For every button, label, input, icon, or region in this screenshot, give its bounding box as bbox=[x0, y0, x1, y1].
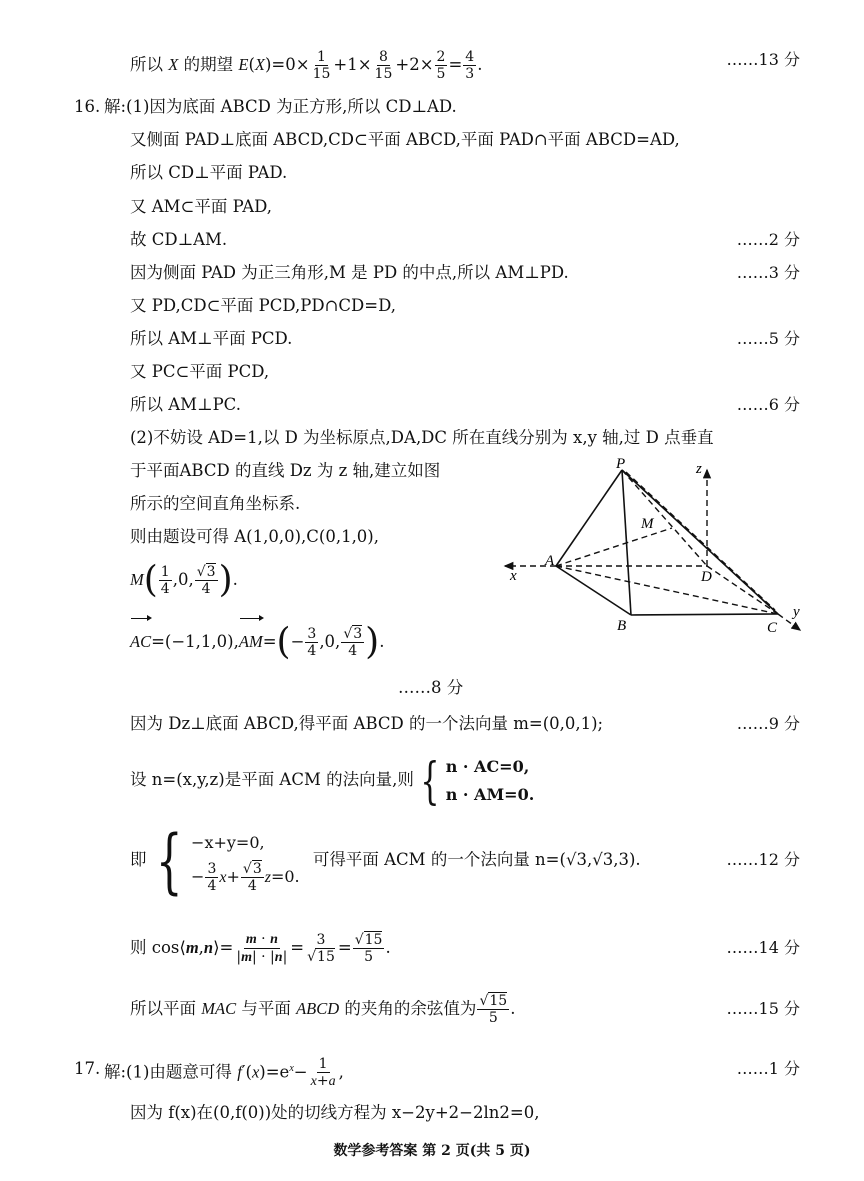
score-marker: ……14 分 bbox=[727, 937, 800, 959]
normal-m-line: 因为 Dz⊥底面 ABCD,得平面 ABCD 的一个法向量 m=(0,0,1); bbox=[130, 713, 603, 735]
fraction: 115 bbox=[311, 49, 333, 82]
vectors-ac-am: AC=(−1,1,0),AM=(−34,0,√34). bbox=[130, 620, 384, 664]
q16-number: 16. bbox=[74, 96, 100, 118]
label-d: D bbox=[700, 569, 712, 585]
score-marker: ……2 分 bbox=[737, 229, 800, 251]
fraction: 25 bbox=[435, 49, 448, 82]
q16-line-10: 所以 AM⊥PC. bbox=[130, 394, 241, 416]
fraction: 43 bbox=[463, 49, 476, 82]
label-z: z bbox=[695, 461, 702, 477]
q16-line-14: 则由题设可得 A(1,0,0),C(0,1,0), bbox=[130, 526, 379, 548]
q16-line-5: 故 CD⊥AM. bbox=[130, 229, 227, 251]
label-b: B bbox=[617, 618, 626, 634]
conclusion-line: 所以平面 MAC 与平面 ABCD 的夹角的余弦值为√155. bbox=[130, 986, 515, 1032]
q17-line-1: 解:(1)由题意可得 f′(x)=ex−1x+a, bbox=[104, 1046, 344, 1096]
q16-line-2: 又侧面 PAD⊥底面 ABCD,CD⊂平面 ABCD,平面 PAD∩平面 ABC… bbox=[130, 129, 680, 151]
q16-line-12: 于平面ABCD 的直线 Dz 为 z 轴,建立如图 bbox=[130, 460, 440, 482]
score-marker: ……15 分 bbox=[727, 998, 800, 1020]
q16-line-11: (2)不妨设 AD=1,以 D 为坐标原点,DA,DC 所在直线分别为 x,y … bbox=[130, 427, 714, 449]
score-marker: ……13 分 bbox=[727, 49, 800, 71]
score-marker: ……9 分 bbox=[737, 713, 800, 735]
q16-line-6: 因为侧面 PAD 为正三角形,M 是 PD 的中点,所以 AM⊥PD. bbox=[130, 262, 569, 284]
fraction: 815 bbox=[373, 49, 395, 82]
q16-line-1: 解:(1)因为底面 ABCD 为正方形,所以 CD⊥AD. bbox=[104, 96, 457, 118]
page-footer: 数学参考答案 第 2 页(共 5 页) bbox=[0, 1140, 864, 1160]
score-marker: ……3 分 bbox=[737, 262, 800, 284]
label-a: A bbox=[544, 553, 555, 569]
label-m: M bbox=[640, 516, 655, 532]
point-m-coords: M(14,0,√34). bbox=[130, 560, 238, 600]
q16-line-13: 所示的空间直角坐标系. bbox=[130, 493, 300, 515]
score-marker: ……8 分 bbox=[398, 677, 463, 699]
label-c: C bbox=[767, 620, 778, 636]
q16-line-4: 又 AM⊂平面 PAD, bbox=[130, 196, 272, 218]
score-marker: ……1 分 bbox=[737, 1058, 800, 1080]
q16-line-8: 所以 AM⊥平面 PCD. bbox=[130, 328, 292, 350]
score-marker: ……12 分 bbox=[727, 849, 800, 871]
pyramid-figure: P M A x D B C y z bbox=[490, 450, 820, 650]
q17-number: 17. bbox=[74, 1058, 100, 1080]
cosine-line: 则 cos⟨m,n⟩=m · n|m| · |n|=3√15=√155. bbox=[130, 925, 391, 971]
label-x: x bbox=[509, 568, 517, 584]
q16-line-3: 所以 CD⊥平面 PAD. bbox=[130, 162, 287, 184]
label-y: y bbox=[791, 604, 800, 620]
q16-line-9: 又 PC⊂平面 PCD, bbox=[130, 361, 269, 383]
score-marker: ……5 分 bbox=[737, 328, 800, 350]
score-marker: ……6 分 bbox=[737, 394, 800, 416]
label-p: P bbox=[615, 456, 625, 472]
system-line: 即{−x+y=0,−34x+√34z=0. 可得平面 ACM 的一个法向量 n=… bbox=[130, 820, 641, 900]
q17-line-2: 因为 f(x)在(0,f(0))处的切线方程为 x−2y+2−2ln2=0, bbox=[130, 1102, 539, 1124]
q15-expectation-line: 所以 X 的期望 E(X)=0×115+1×815+2×25=43. bbox=[130, 49, 482, 82]
normal-n-setup: 设 n=(x,y,z)是平面 ACM 的法向量,则{n · AC=0,n · A… bbox=[130, 750, 534, 810]
q16-line-7: 又 PD,CD⊂平面 PCD,PD∩CD=D, bbox=[130, 295, 396, 317]
